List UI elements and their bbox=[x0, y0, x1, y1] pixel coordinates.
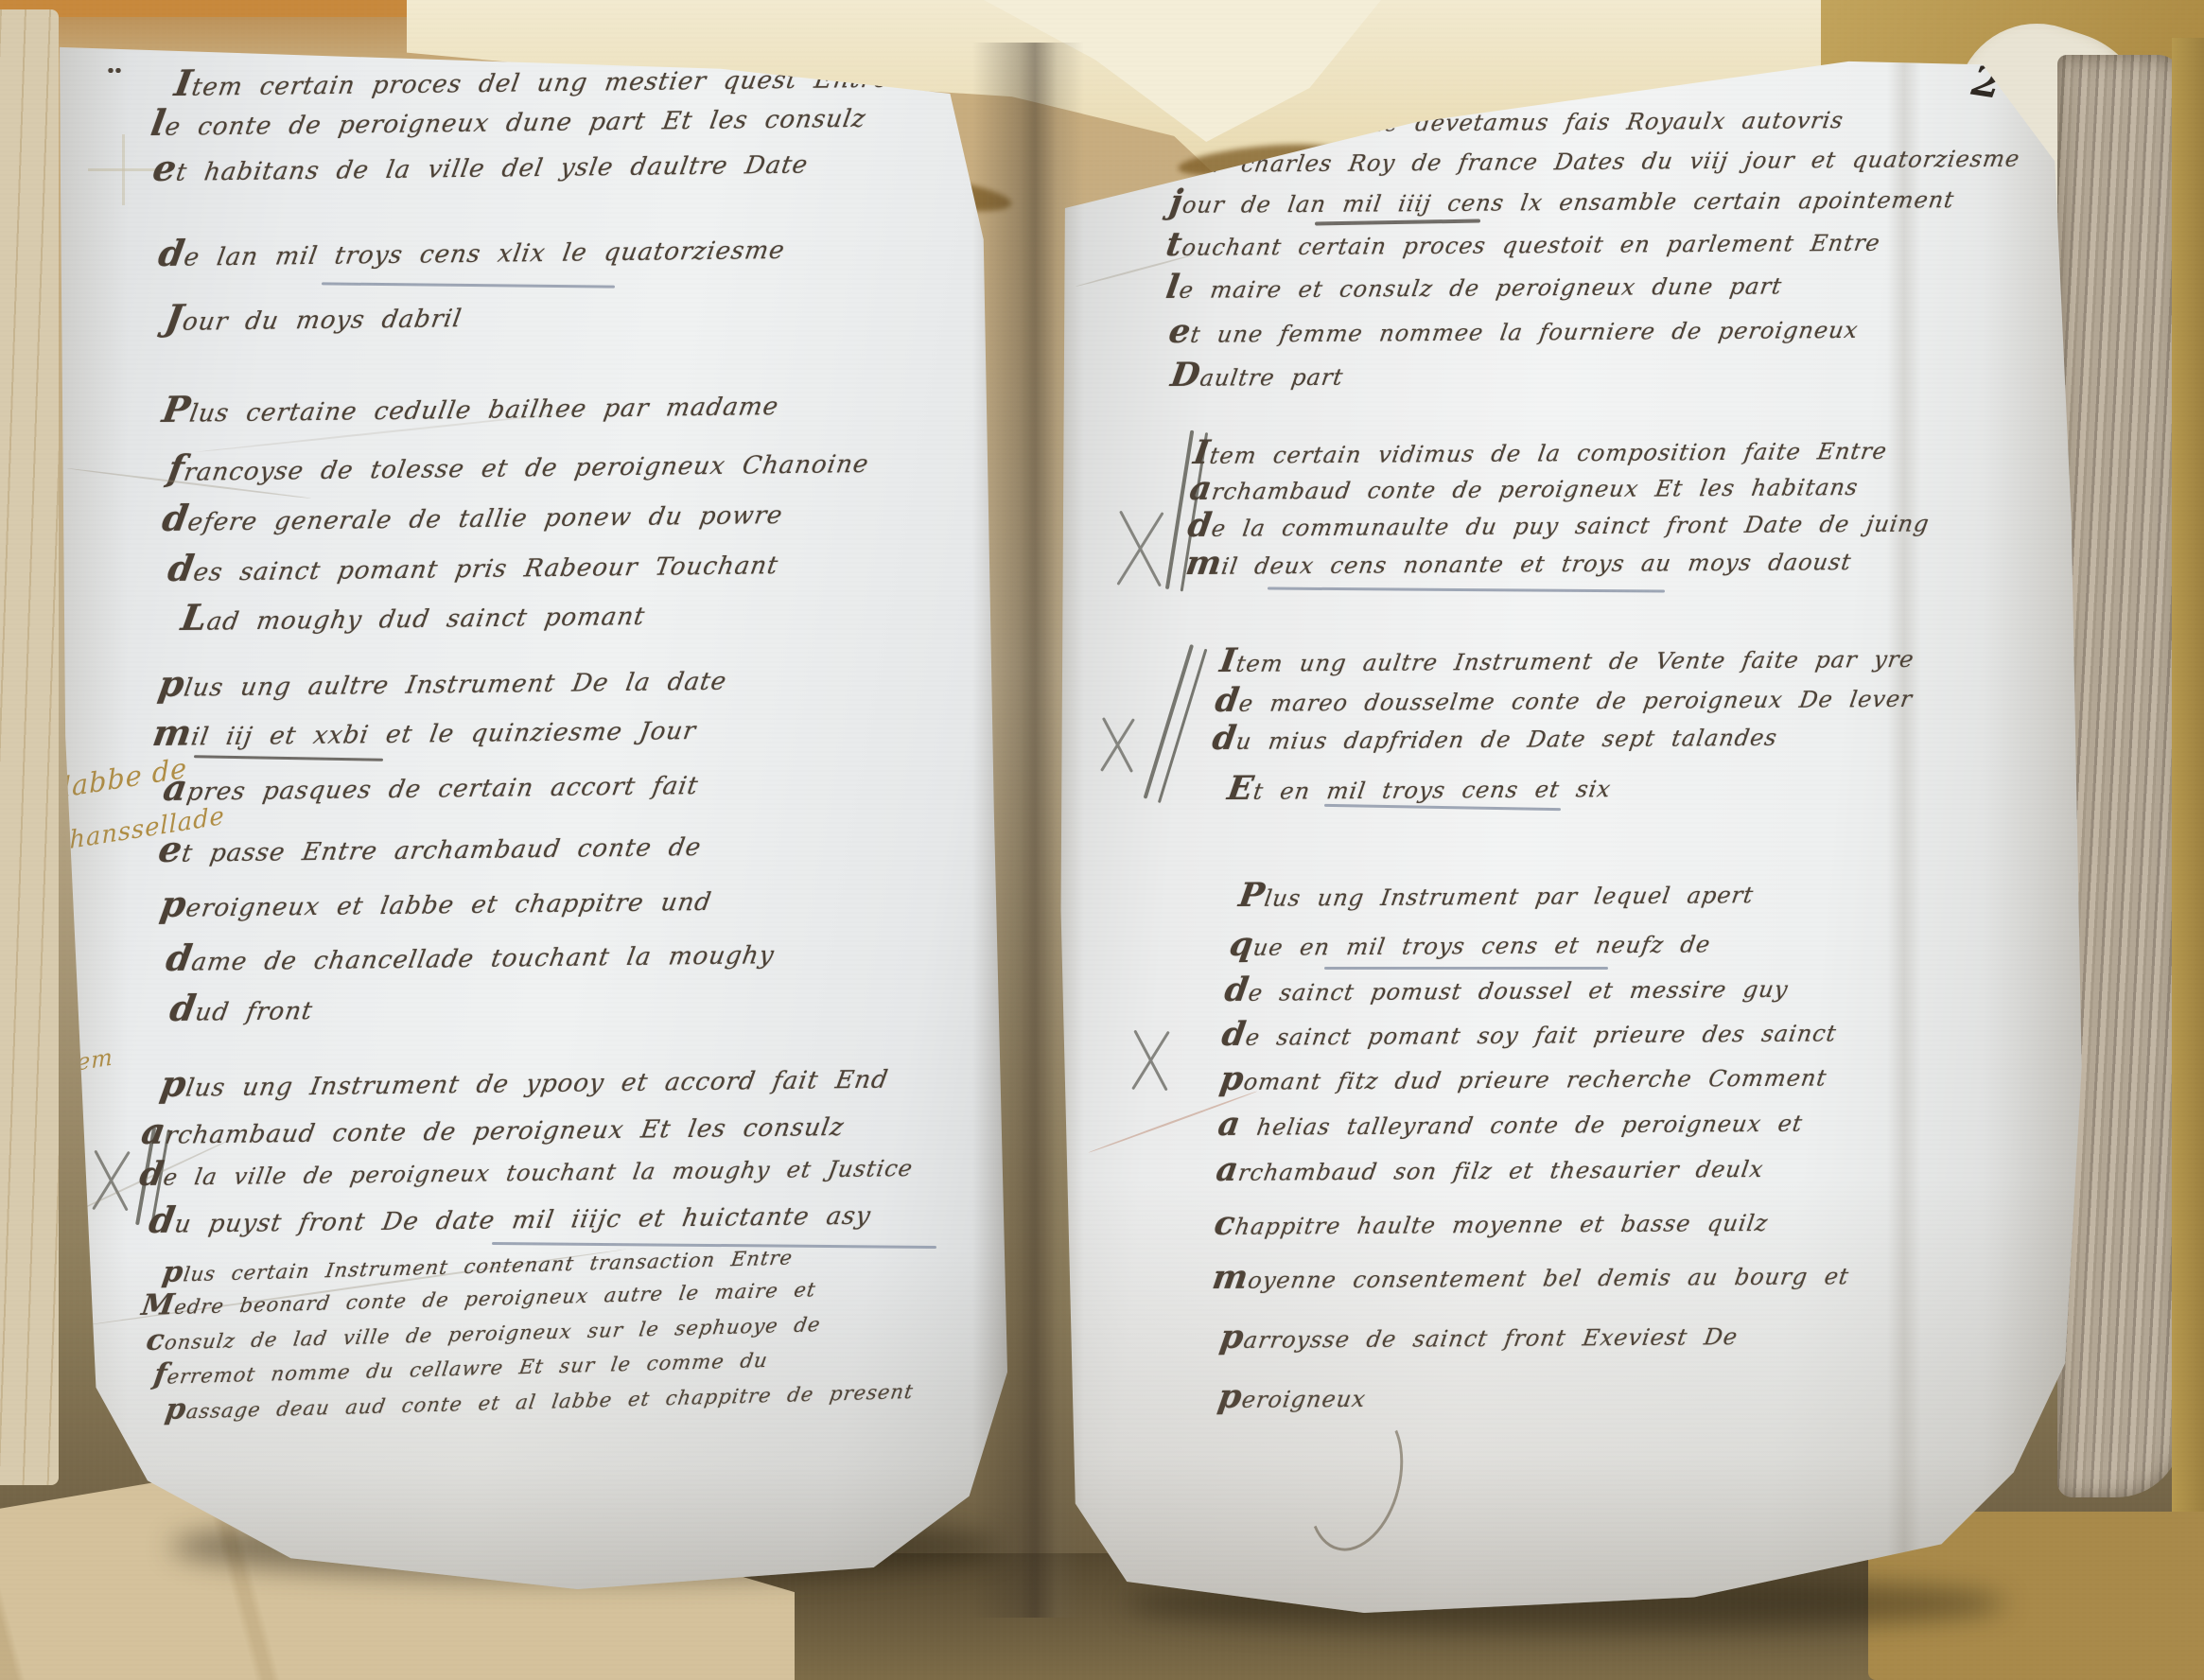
text-line: moyenne consentement bel demis au bourg … bbox=[1210, 1257, 1851, 1294]
scratch-line bbox=[83, 1249, 627, 1327]
faint-cross-mark bbox=[88, 134, 159, 205]
quote-dots-mark bbox=[107, 68, 122, 73]
text-line: Plus ung Instrument par lequel apert bbox=[1236, 876, 1757, 913]
text-line: plus certain Instrument contenant transa… bbox=[161, 1240, 796, 1286]
text-line: plus ung Instrument de ypooy et accord f… bbox=[158, 1059, 892, 1103]
margin-note-gold: chanssellade bbox=[55, 802, 225, 858]
text-line: apres pasques de certain accort fait bbox=[161, 764, 702, 807]
text-line: du mius dapfriden de Date sept talandes bbox=[1210, 719, 1780, 756]
text-line: le maire et consulz de peroigneux dune p… bbox=[1163, 267, 1785, 304]
pencil-x-mark bbox=[83, 1146, 135, 1215]
text-line: archambaud son filz et thesaurier deulx bbox=[1214, 1150, 1766, 1187]
pencil-underline bbox=[1324, 967, 1608, 970]
text-line: jour de lan mil iiij cens lx ensamble ce… bbox=[1167, 181, 1957, 219]
text-line: Jour du moys dabril bbox=[163, 297, 465, 337]
left-page: Item certain proces del ung mestier ques… bbox=[52, 38, 1007, 1589]
scratch-line bbox=[61, 1138, 233, 1219]
text-line: chappitre haulte moyenne et basse quilz bbox=[1212, 1204, 1771, 1241]
text-line: le conte de peroigneux dune part Et les … bbox=[149, 97, 869, 142]
text-line: passage deau aud conte et al labbe et ch… bbox=[164, 1374, 917, 1424]
manuscript-photo: Item certain proces del ung mestier ques… bbox=[0, 0, 2204, 1680]
text-line: archambaud conte de peroigneux Et les co… bbox=[139, 1106, 848, 1150]
text-line: a helias talleyrand conte de peroigneux … bbox=[1216, 1105, 1805, 1142]
pencil-underline bbox=[1324, 804, 1561, 811]
text-line: parroysse de sainct front Exeviest De bbox=[1217, 1318, 1740, 1355]
text-line: mil iij et xxbi et le quinziesme Jour bbox=[150, 709, 700, 752]
under-parchment-left bbox=[0, 9, 59, 1485]
pencil-x-mark bbox=[1116, 506, 1162, 591]
text-line: et habitans de la ville del ysle daultre… bbox=[150, 144, 812, 187]
book-cover-right bbox=[2172, 38, 2204, 1589]
text-line: francoyse de tolesse et de peroigneux Ch… bbox=[166, 443, 872, 487]
right-page: 2 Je vy le double devetamus fais Royaulx… bbox=[1055, 52, 2086, 1613]
text-line: du puyst front De date mil iiijc et huic… bbox=[147, 1195, 874, 1239]
text-line: de sainct pomant soy fait prieure des sa… bbox=[1219, 1014, 1839, 1051]
text-line: Medre beonard conte de peroigneux autre … bbox=[140, 1272, 819, 1320]
text-line: archambaud conte de peroigneux Et les ha… bbox=[1187, 468, 1861, 506]
text-line: dame de chancellade touchant la moughy bbox=[164, 934, 778, 977]
text-line: que en mil troys cens et neufz de bbox=[1227, 925, 1713, 961]
pencil-underline bbox=[322, 282, 615, 288]
text-line: de la communaulte du puy sainct front Da… bbox=[1185, 505, 1932, 543]
pencil-double-bar-mark bbox=[1144, 644, 1208, 803]
scratch-line bbox=[1076, 254, 1195, 288]
text-line: Item certain vidimus de la composition f… bbox=[1191, 432, 1890, 470]
pen-flourish bbox=[1294, 1396, 1418, 1562]
text-line: mil deux cens nonante et troys au moys d… bbox=[1183, 543, 1854, 581]
margin-note-item: Item bbox=[57, 1043, 114, 1079]
text-line: peroigneux et labbe et chappitre und bbox=[158, 881, 715, 923]
text-line: consulz de lad ville de peroigneux sur l… bbox=[145, 1307, 824, 1355]
pencil-double-bar-mark bbox=[1165, 430, 1208, 592]
text-line: des sainct pomant pris Rabeour Touchant bbox=[166, 544, 781, 587]
text-line: peroigneux bbox=[1216, 1380, 1369, 1414]
text-line: et passe Entre archambaud conte de bbox=[156, 826, 705, 868]
text-line: Plus certaine cedulle bailhee par madame bbox=[160, 385, 782, 429]
pencil-underline bbox=[1268, 587, 1665, 593]
pencil-x-mark bbox=[1090, 714, 1142, 776]
ink-underline bbox=[1315, 219, 1480, 225]
text-line: de lan mil troys cens xlix le quatorzies… bbox=[156, 229, 788, 272]
text-line: et une femme nommee la fourniere de pero… bbox=[1166, 311, 1861, 349]
text-line: dud front bbox=[167, 989, 316, 1027]
text-line: plus ung aultre Instrument De la date bbox=[156, 660, 730, 703]
text-line: defere generale de tallie ponew du powre bbox=[160, 494, 786, 537]
text-line: Et en mil troys cens et six bbox=[1225, 770, 1614, 806]
text-line: touchant certain proces questoit en parl… bbox=[1163, 224, 1882, 262]
text-line: de sainct pomust doussel et messire guy bbox=[1222, 971, 1791, 1007]
margin-note-gold: labbe de bbox=[62, 751, 188, 803]
text-line: Lad moughy dud sainct pomant bbox=[179, 595, 649, 637]
text-line: Item ung aultre Instrument de Vente fait… bbox=[1217, 640, 1916, 678]
pencil-double-bar-mark bbox=[135, 1127, 170, 1228]
text-line: Daultre part bbox=[1168, 359, 1346, 393]
scratch-line bbox=[67, 467, 311, 499]
scratch-line bbox=[195, 410, 590, 453]
text-line: de mareo dousselme conte de peroigneux D… bbox=[1213, 680, 1915, 718]
pencil-underline bbox=[492, 1242, 936, 1249]
text-line: de la ville de peroigneux touchant la mo… bbox=[137, 1149, 916, 1192]
text-line: pomant fitz dud prieure recherche Commen… bbox=[1217, 1059, 1829, 1096]
ink-underline bbox=[194, 755, 383, 761]
text-line: ferremot nomme du cellawre Et sur le com… bbox=[152, 1343, 771, 1389]
red-scratch-line bbox=[1088, 1091, 1257, 1154]
pencil-x-mark bbox=[1126, 1026, 1173, 1094]
page-crease bbox=[1887, 52, 1921, 1613]
